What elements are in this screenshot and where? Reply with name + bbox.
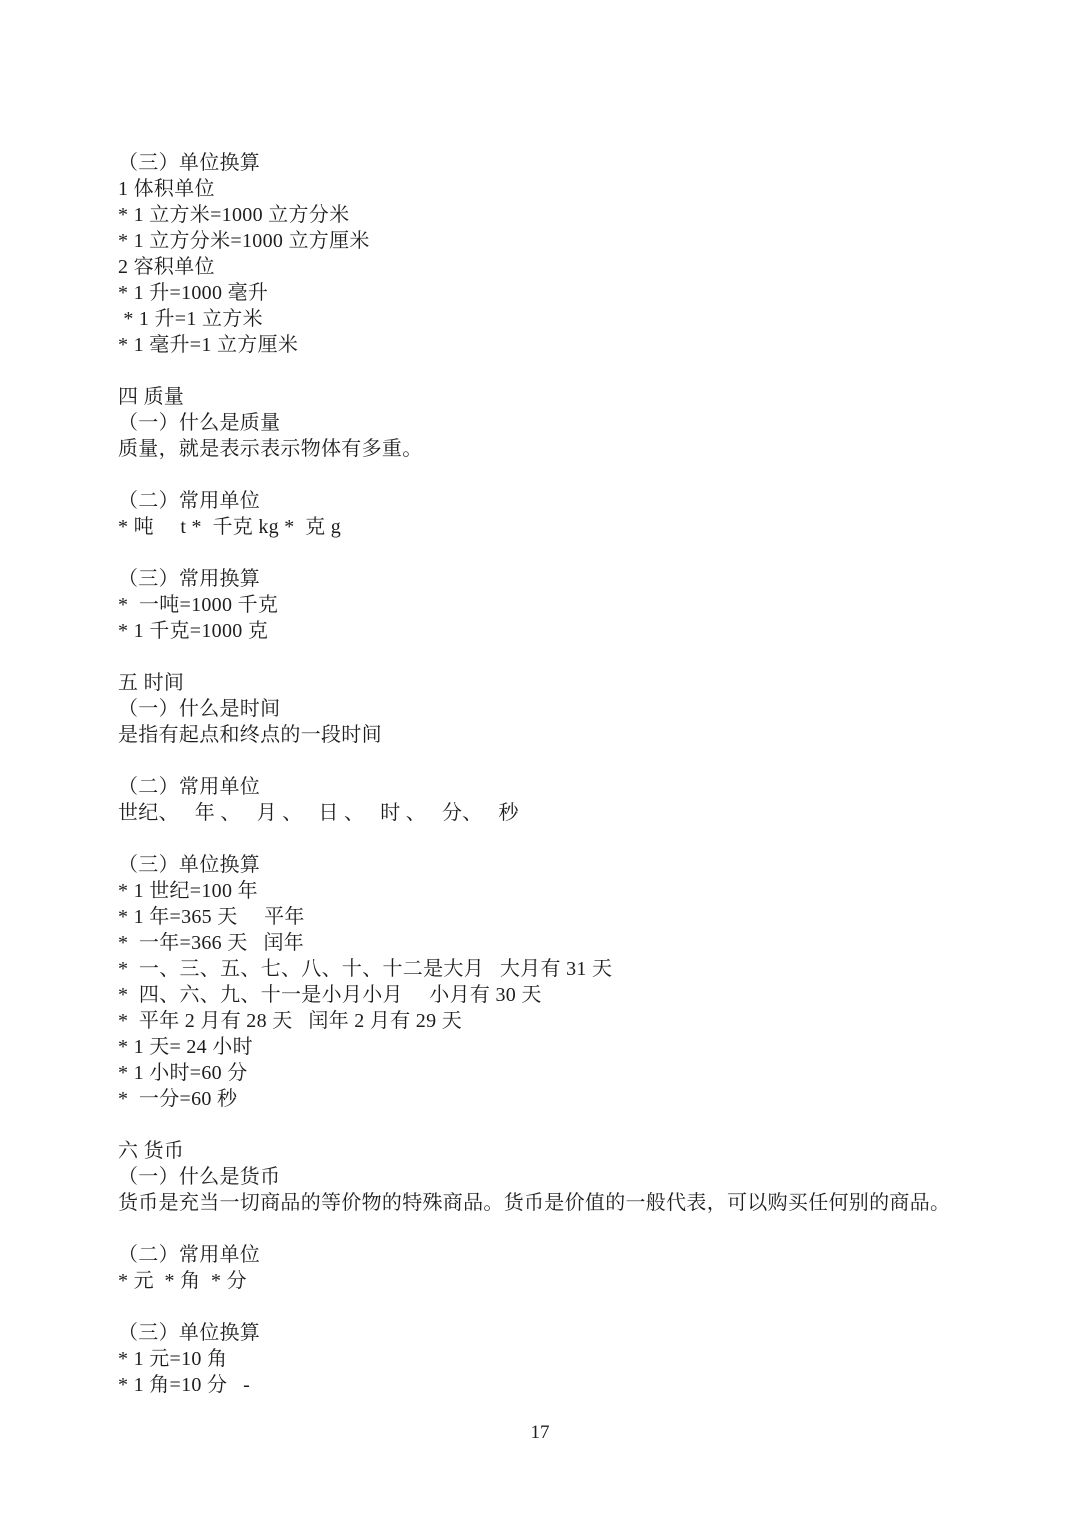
text-line: （二）常用单位 [118, 488, 1023, 514]
text-line: （三）单位换算 [118, 150, 1023, 176]
text-line: 2 容积单位 [118, 254, 1023, 280]
text-block-currency-definition: 六 货币（一）什么是货币货币是充当一切商品的等价物的特殊商品。货币是价值的一般代… [118, 1138, 1023, 1216]
text-line: * 吨 t * 千克 kg * 克 g [118, 514, 1023, 540]
text-line: * 1 天= 24 小时 [118, 1034, 1023, 1060]
text-block-currency-units: （二）常用单位* 元 * 角 * 分 [118, 1242, 1023, 1294]
document-content: （三）单位换算1 体积单位* 1 立方米=1000 立方分米* 1 立方分米=1… [118, 150, 1023, 1398]
text-line: 质量，就是表示表示物体有多重。 [118, 436, 1023, 462]
text-block-currency-conversion: （三）单位换算* 1 元=10 角* 1 角=10 分 - [118, 1320, 1023, 1398]
text-line: * 1 年=365 天 平年 [118, 904, 1023, 930]
text-line: （三）单位换算 [118, 1320, 1023, 1346]
text-block-mass-units: （二）常用单位* 吨 t * 千克 kg * 克 g [118, 488, 1023, 540]
text-line: * 1 升=1000 毫升 [118, 280, 1023, 306]
text-line: （二）常用单位 [118, 1242, 1023, 1268]
text-line: （三）常用换算 [118, 566, 1023, 592]
text-line: 世纪、 年 、 月 、 日 、 时 、 分、 秒 [118, 800, 1023, 826]
text-line: （三）单位换算 [118, 852, 1023, 878]
text-line: * 1 小时=60 分 [118, 1060, 1023, 1086]
text-line: （一）什么是质量 [118, 410, 1023, 436]
text-line: * 一分=60 秒 [118, 1086, 1023, 1112]
text-block-time-conversion: （三）单位换算* 1 世纪=100 年* 1 年=365 天 平年* 一年=36… [118, 852, 1023, 1112]
text-line: 货币是充当一切商品的等价物的特殊商品。货币是价值的一般代表，可以购买任何别的商品… [118, 1190, 1023, 1216]
text-line: * 平年 2 月有 28 天 闰年 2 月有 29 天 [118, 1008, 1023, 1034]
text-line: 是指有起点和终点的一段时间 [118, 722, 1023, 748]
text-line: （一）什么是时间 [118, 696, 1023, 722]
text-line: * 1 毫升=1 立方厘米 [118, 332, 1023, 358]
text-line: 六 货币 [118, 1138, 1023, 1164]
text-block-volume-capacity-conversion: （三）单位换算1 体积单位* 1 立方米=1000 立方分米* 1 立方分米=1… [118, 150, 1023, 358]
text-line: * 1 立方分米=1000 立方厘米 [118, 228, 1023, 254]
text-line: （二）常用单位 [118, 774, 1023, 800]
text-line: * 元 * 角 * 分 [118, 1268, 1023, 1294]
text-block-mass-conversion: （三）常用换算* 一吨=1000 千克* 1 千克=1000 克 [118, 566, 1023, 644]
text-line: * 一吨=1000 千克 [118, 592, 1023, 618]
document-page: （三）单位换算1 体积单位* 1 立方米=1000 立方分米* 1 立方分米=1… [0, 0, 1080, 1528]
text-block-time-definition: 五 时间（一）什么是时间是指有起点和终点的一段时间 [118, 670, 1023, 748]
text-line: * 一、三、五、七、八、十、十二是大月 大月有 31 天 [118, 956, 1023, 982]
text-line: * 1 元=10 角 [118, 1346, 1023, 1372]
text-line: * 一年=366 天 闰年 [118, 930, 1023, 956]
text-line: 四 质量 [118, 384, 1023, 410]
text-line: * 1 角=10 分 - [118, 1372, 1023, 1398]
text-line: * 1 升=1 立方米 [118, 306, 1023, 332]
text-line: 1 体积单位 [118, 176, 1023, 202]
text-line: 五 时间 [118, 670, 1023, 696]
text-line: * 1 世纪=100 年 [118, 878, 1023, 904]
text-line: * 四、六、九、十一是小月小月 小月有 30 天 [118, 982, 1023, 1008]
text-line: * 1 千克=1000 克 [118, 618, 1023, 644]
text-line: * 1 立方米=1000 立方分米 [118, 202, 1023, 228]
text-line: （一）什么是货币 [118, 1164, 1023, 1190]
text-block-time-units: （二）常用单位世纪、 年 、 月 、 日 、 时 、 分、 秒 [118, 774, 1023, 826]
text-block-mass-definition: 四 质量（一）什么是质量质量，就是表示表示物体有多重。 [118, 384, 1023, 462]
page-number: 17 [0, 1420, 1080, 1446]
